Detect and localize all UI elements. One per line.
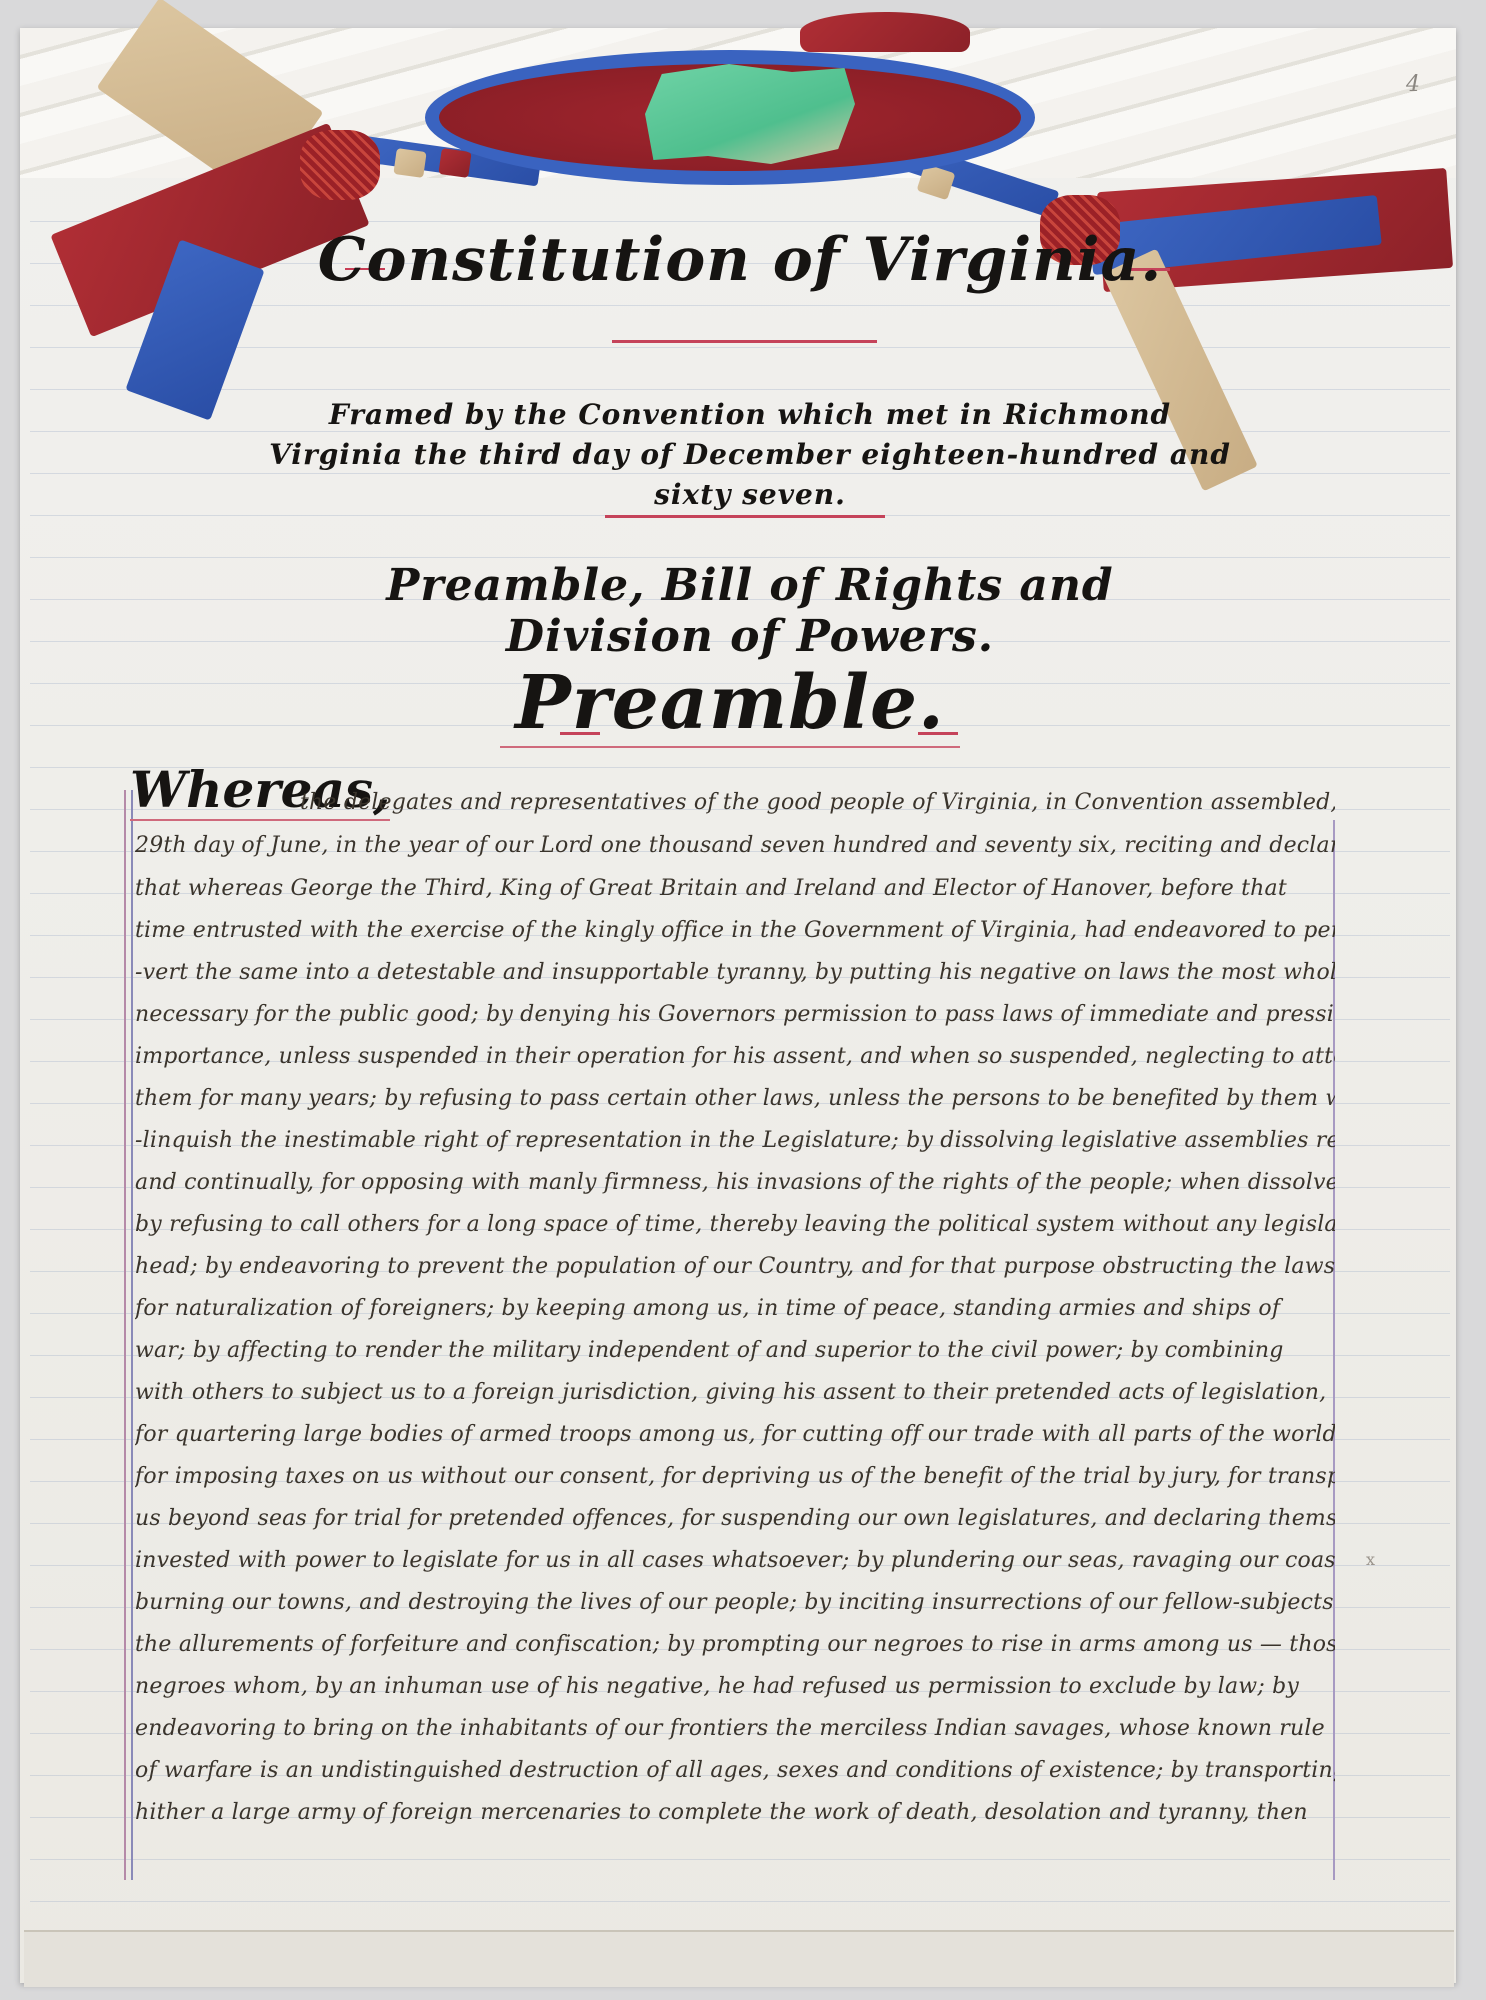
body-line: them for many years; by refusing to pass… bbox=[135, 1086, 1335, 1111]
preamble-heading: Preamble. bbox=[500, 660, 960, 748]
braid-red-left bbox=[438, 148, 471, 178]
body-line: that whereas George the Third, King of G… bbox=[135, 876, 1335, 901]
body-line: for imposing taxes on us without our con… bbox=[135, 1464, 1335, 1489]
body-line: head; by endeavoring to prevent the popu… bbox=[135, 1254, 1335, 1279]
body-line: for quartering large bodies of armed tro… bbox=[135, 1422, 1335, 1447]
subtitle-line-2: Virginia the third day of December eight… bbox=[260, 435, 1240, 515]
braid-tan-left bbox=[393, 148, 426, 178]
body-line: burning our towns, and destroying the li… bbox=[135, 1590, 1335, 1615]
body-line: war; by affecting to render the military… bbox=[135, 1338, 1335, 1363]
margin-mark: x bbox=[1366, 1550, 1375, 1569]
body-line: time entrusted with the exercise of the … bbox=[135, 918, 1335, 943]
body-line: negroes whom, by an inhuman use of his n… bbox=[135, 1674, 1335, 1699]
document-title: Constitution of Virginia. bbox=[260, 225, 1220, 295]
body-line: 29th day of June, in the year of our Lor… bbox=[135, 833, 1335, 858]
red-ribbon-top-loop bbox=[800, 12, 970, 52]
body-line: -vert the same into a detestable and ins… bbox=[135, 960, 1335, 985]
body-line: hither a large army of foreign mercenari… bbox=[135, 1800, 1335, 1825]
body-line: the allurements of forfeiture and confis… bbox=[135, 1632, 1335, 1657]
body-line: invested with power to legislate for us … bbox=[135, 1548, 1335, 1573]
convention-subtitle: Framed by the Convention which met in Ri… bbox=[260, 395, 1240, 515]
body-line: of warfare is an undistinguished destruc… bbox=[135, 1758, 1335, 1783]
page-number: 4 bbox=[1406, 72, 1420, 97]
body-line: with others to subject us to a foreign j… bbox=[135, 1380, 1335, 1405]
left-ribbon-knot bbox=[300, 130, 380, 200]
body-line: the delegates and representatives of the… bbox=[300, 790, 1335, 815]
bottom-page-edge bbox=[24, 1930, 1454, 1987]
preamble-rule-right bbox=[918, 732, 958, 735]
body-line: us beyond seas for trial for pretended o… bbox=[135, 1506, 1335, 1531]
body-line: -linquish the inestimable right of repre… bbox=[135, 1128, 1335, 1153]
subtitle-divider bbox=[605, 515, 885, 518]
section-heading: Preamble, Bill of Rights and Division of… bbox=[300, 560, 1200, 662]
body-line: and continually, for opposing with manly… bbox=[135, 1170, 1335, 1195]
green-wax-seal bbox=[645, 64, 855, 164]
body-line: importance, unless suspended in their op… bbox=[135, 1044, 1335, 1069]
body-line: endeavoring to bring on the inhabitants … bbox=[135, 1716, 1335, 1741]
body-line: for naturalization of foreigners; by kee… bbox=[135, 1296, 1335, 1321]
title-divider bbox=[612, 340, 877, 343]
body-line: by refusing to call others for a long sp… bbox=[135, 1212, 1335, 1237]
body-line: necessary for the public good; by denyin… bbox=[135, 1002, 1335, 1027]
subtitle-line-1: Framed by the Convention which met in Ri… bbox=[260, 395, 1240, 435]
left-margin-rule bbox=[124, 790, 133, 1880]
